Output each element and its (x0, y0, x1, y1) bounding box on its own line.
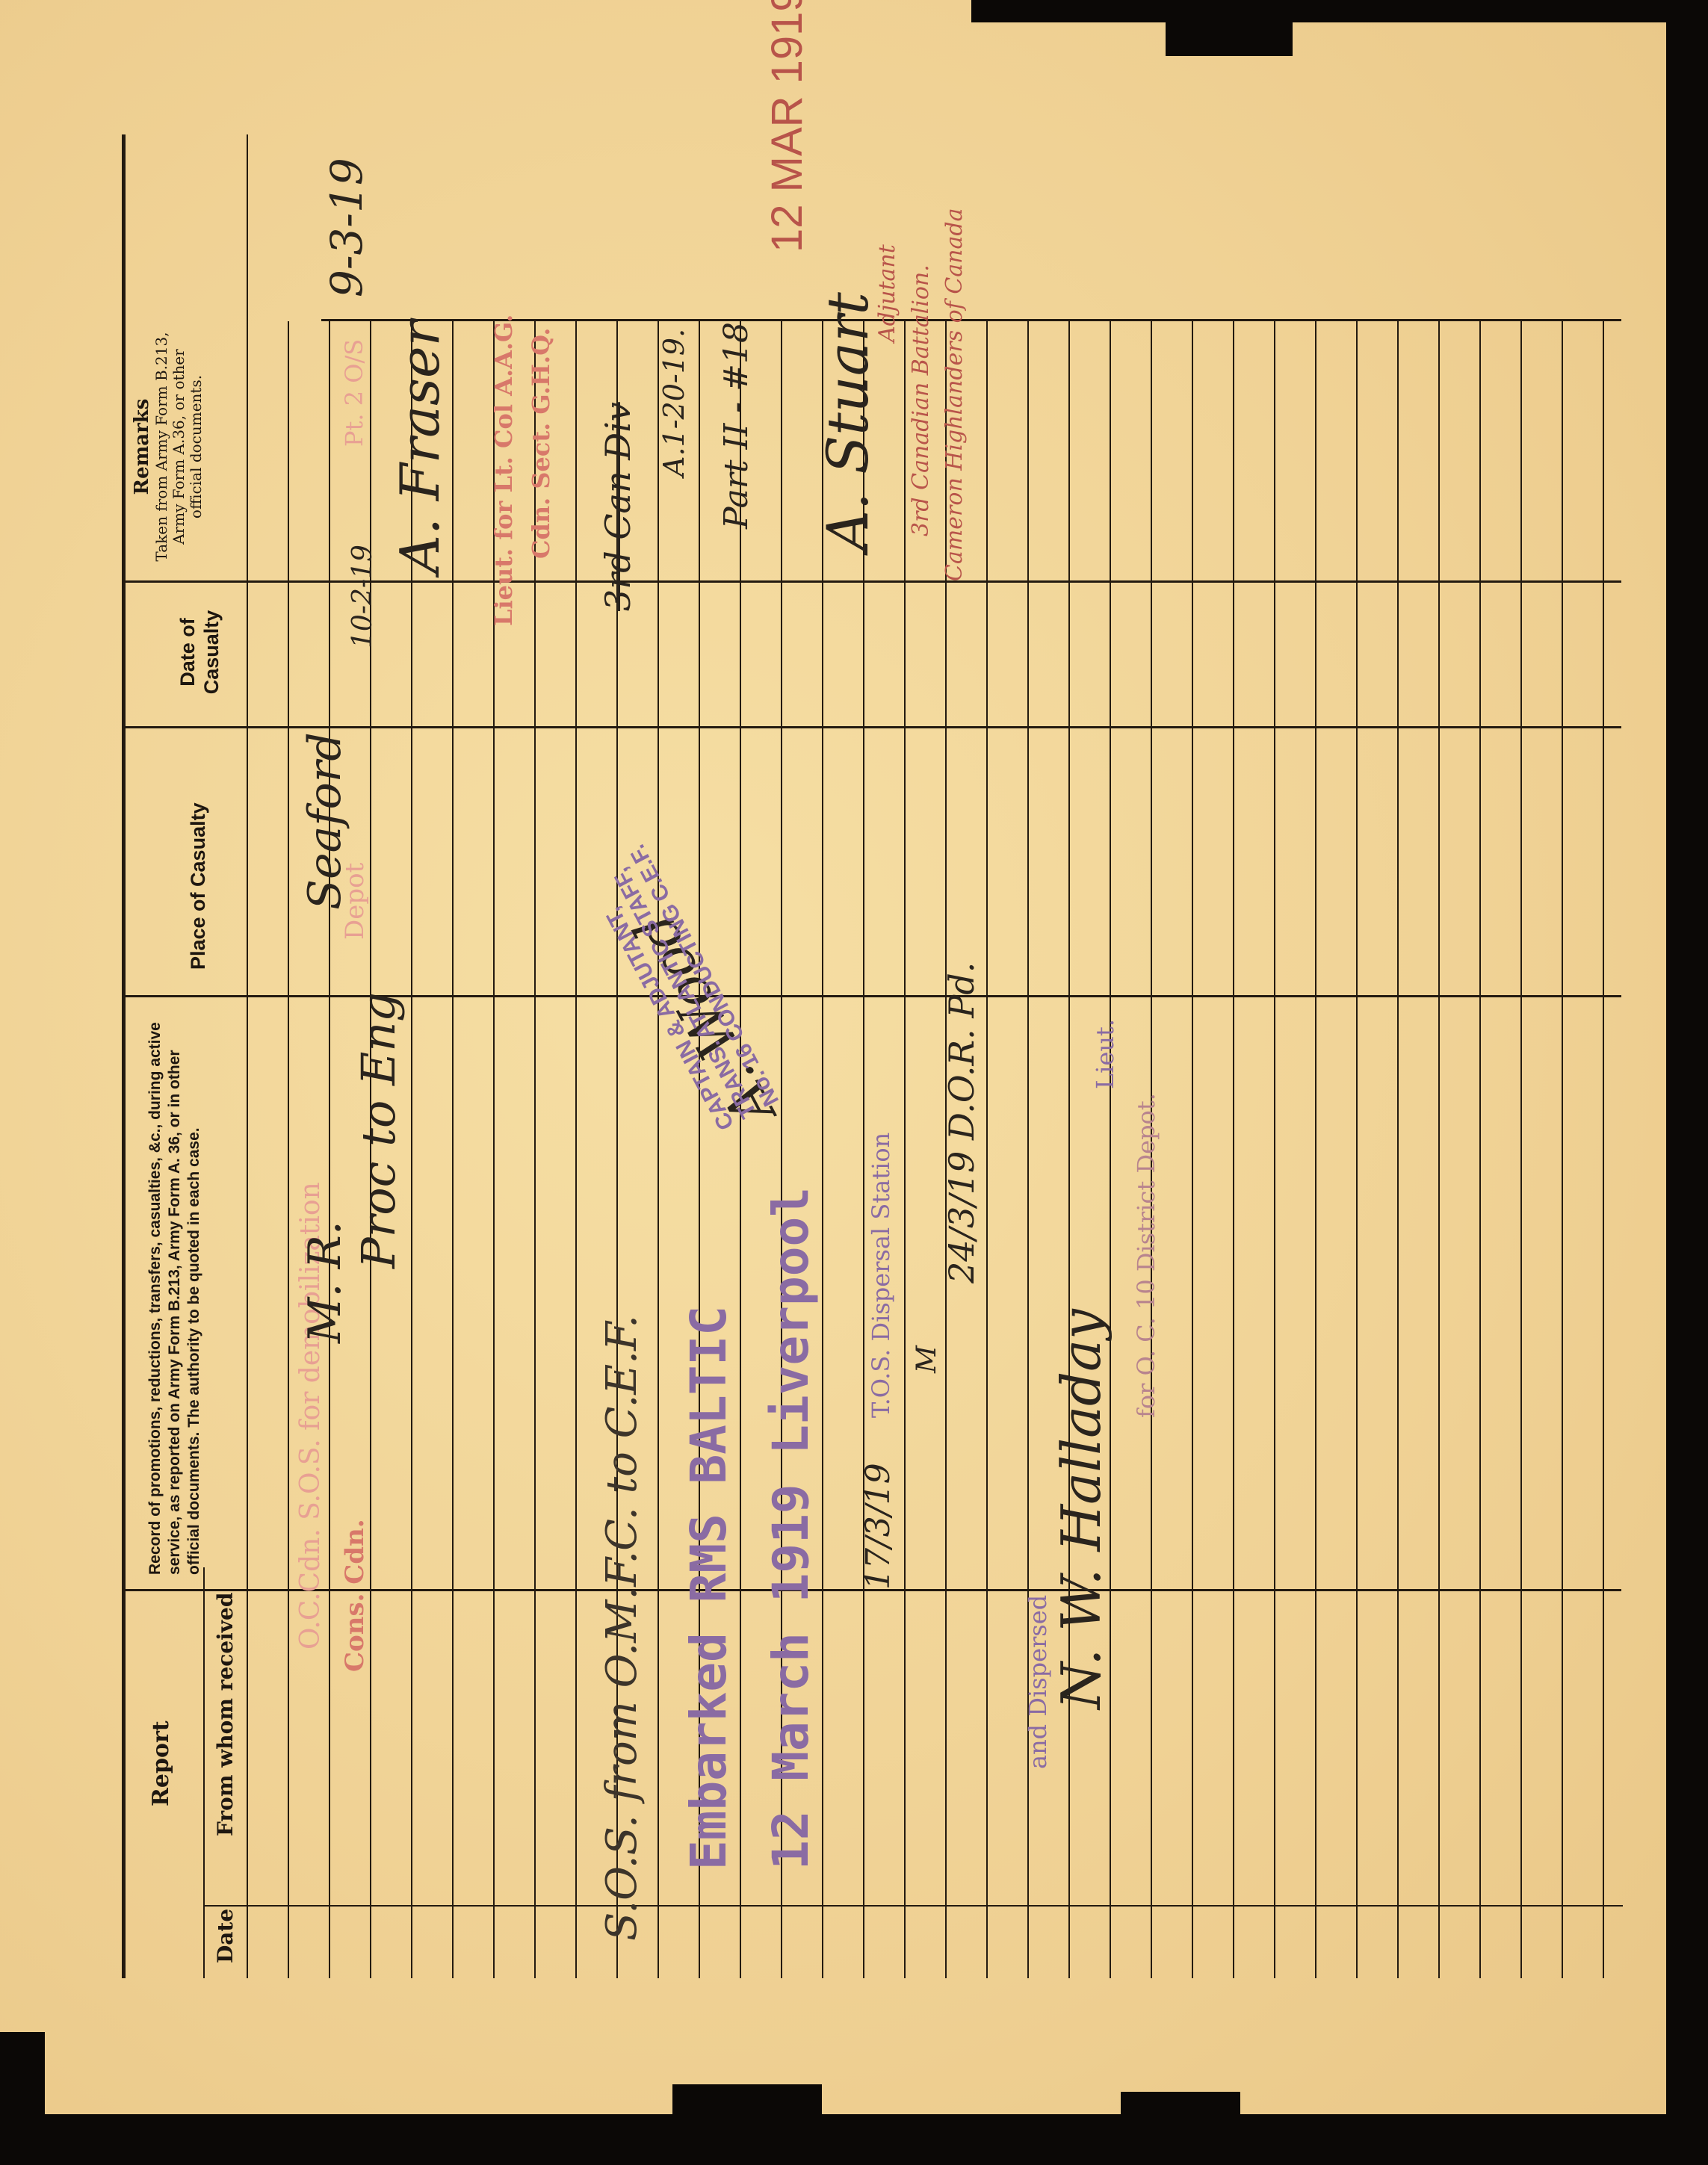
hand-mr: M. R. (299, 1221, 351, 1343)
header-report: Report (148, 1720, 174, 1806)
hand-m-initial: M (912, 1345, 942, 1373)
hand-a1-date: A.1-20-19. (657, 329, 690, 477)
purple-and-dispersed: and Dispersed (1024, 1595, 1052, 1769)
red-stamp-cons: Cons. Cdn. (340, 1519, 370, 1672)
remarks-subtitle: Taken from Army Form B.213, Army Form A.… (153, 327, 205, 566)
hand-tos-date: 17/3/19 (859, 1463, 897, 1590)
rotated-form: Report Date From whom received Record of… (0, 0, 1708, 2165)
header-remarks: Remarks Taken from Army Form B.213, Army… (131, 327, 205, 566)
purple-tos-dispersal: T.O.S. Dispersal Station (867, 1133, 895, 1418)
hand-signature-stuart: A. Stuart (814, 292, 881, 551)
form-border-top (122, 134, 126, 1978)
purple-stamp-embarked: Embarked RMS BALTIC (680, 1306, 737, 1870)
hand-signature-fraser: A. Fraser (389, 320, 451, 574)
hand-signature-halladay: N. W. Halladay (1050, 1309, 1113, 1709)
hand-dispersed-date: 24/3/19 D.O.R. Pd. (941, 962, 982, 1283)
hand-proc-to-eng: Proc to Eng (351, 992, 406, 1269)
hand-date-1: 10-2-19 (347, 545, 378, 648)
hand-date-2: 9-3-19 (321, 158, 372, 297)
remarks-title: Remarks (131, 327, 153, 566)
stamp-for-oc-district-depot: for O. C. 10 District Depot. (1132, 1093, 1160, 1418)
red-stamp-adjutant: Adjutant (874, 244, 900, 342)
header-date-of-casualty: Date of Casualty (176, 596, 223, 708)
purple-adjutant-stamp: CAPTAIN & ADJUTANT, TRANS. ATLANTIC STAF… (580, 840, 785, 1134)
red-stamp-pt2: Pt. 2 O/S (340, 339, 368, 447)
red-stamp-cameron-highlanders: Cameron Highlanders of Canada (941, 208, 968, 581)
red-stamp-gh: Cdn. Sect. G.H.Q. (527, 327, 555, 559)
header-place-of-casualty: Place of Casualty (187, 802, 210, 970)
header-from-whom: From whom received (213, 1593, 238, 1836)
purple-stamp-march-liverpool: 12 March 1919 Liverpool (762, 1187, 820, 1870)
purple-lieut: Lieut. (1091, 1019, 1119, 1089)
hand-seaford: Seaford (299, 732, 351, 910)
red-stamp-lieut-aag: Lieut. for Lt. Col A.A.G. (489, 315, 518, 626)
header-date: Date (213, 1909, 238, 1963)
hand-part-ii: Part II - #18 (717, 322, 755, 529)
col-divider-date-from (203, 1905, 1623, 1907)
hand-3rd-can-div: 3rd Can Div (598, 402, 638, 611)
header-divider (247, 134, 248, 1978)
adjutant-line-2: TRANS. ATLANTIC STAFF, (602, 852, 762, 1122)
header-record: Record of promotions, reductions, transf… (146, 1007, 204, 1575)
red-stamp-battalion: 3rd Canadian Battalion. (908, 264, 934, 536)
report-subdivider (203, 1567, 205, 1978)
red-date-stamp: 12 MAR 1919 (762, 0, 812, 253)
hand-sos-from-omfc: S.O.S. from O.M.F.C. to C.E.F. (598, 1315, 646, 1941)
